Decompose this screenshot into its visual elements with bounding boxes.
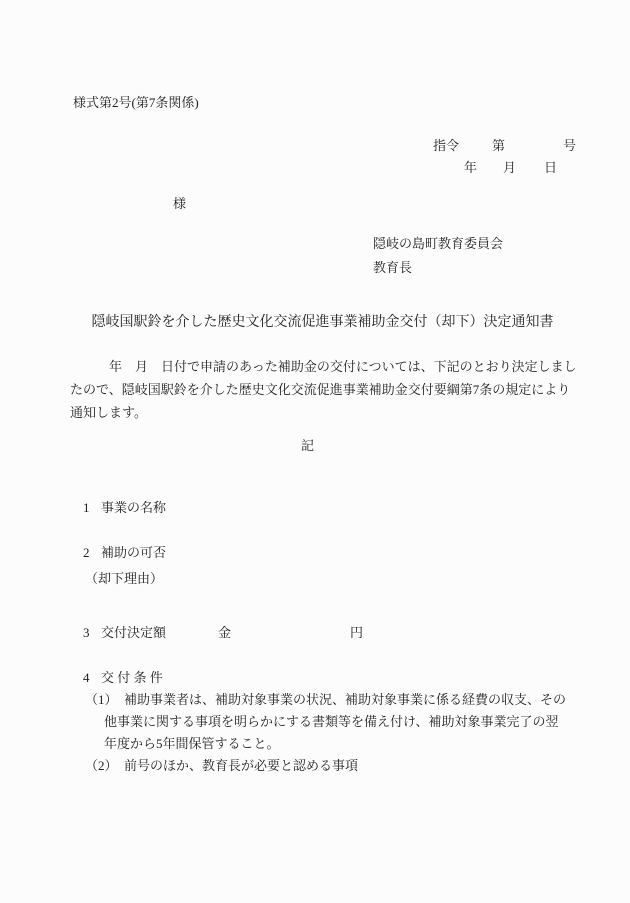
item-grant-conditions: 4 交 付 条 件 <box>0 669 630 689</box>
date-day-label: 日 <box>544 159 557 178</box>
item-label: 補助の可否 <box>101 544 166 563</box>
item-subsidy-approval: 2 補助の可否 <box>0 544 630 564</box>
condition-clause-2: （2） 前号のほか、教育長が必要と認める事項 <box>0 755 595 777</box>
item-label: 事業の名称 <box>101 499 166 518</box>
item-label: 交 付 条 件 <box>101 669 163 688</box>
date-year-label: 年 <box>464 159 477 178</box>
addressee-honorific: 様 <box>173 195 186 214</box>
body-paragraph: 年 月 日付で申請のあった補助金の交付については、下記のとおり決定しまし たので… <box>70 355 592 424</box>
item-label: 交付決定額 <box>101 624 166 643</box>
issuer-title: 教育長 <box>373 259 412 278</box>
directive-number-prefix: 第 <box>492 137 505 156</box>
issuer-organization: 隠岐の島町教育委員会 <box>373 235 503 254</box>
directive-label: 指令 <box>433 137 459 156</box>
item-number: 3 <box>83 624 90 643</box>
amount-suffix: 円 <box>350 624 363 643</box>
item-number: 1 <box>83 499 90 518</box>
amount-prefix: 金 <box>218 624 231 643</box>
section-marker: 記 <box>0 437 615 456</box>
form-number: 様式第2号(第7条関係) <box>73 94 199 113</box>
directive-number-suffix: 号 <box>563 137 576 156</box>
document-page: 様式第2号(第7条関係) 指令 第 号 年 月 日 様 隠岐の島町教育委員会 教… <box>0 0 630 903</box>
item-number: 2 <box>83 544 90 563</box>
rejection-reason-note: （却下理由） <box>85 570 163 589</box>
item-grant-amount: 3 交付決定額 金 円 <box>0 624 630 644</box>
document-title: 隠岐国駅鈴を介した歴史文化交流促進事業補助金交付（却下）決定通知書 <box>60 313 585 333</box>
date-month-label: 月 <box>503 159 516 178</box>
item-number: 4 <box>83 669 90 688</box>
condition-clause-1: （1） 補助事業者は、補助対象事業の状況、補助対象事業に係る経費の収支、その 他… <box>0 689 595 755</box>
item-business-name: 1 事業の名称 <box>0 499 630 519</box>
